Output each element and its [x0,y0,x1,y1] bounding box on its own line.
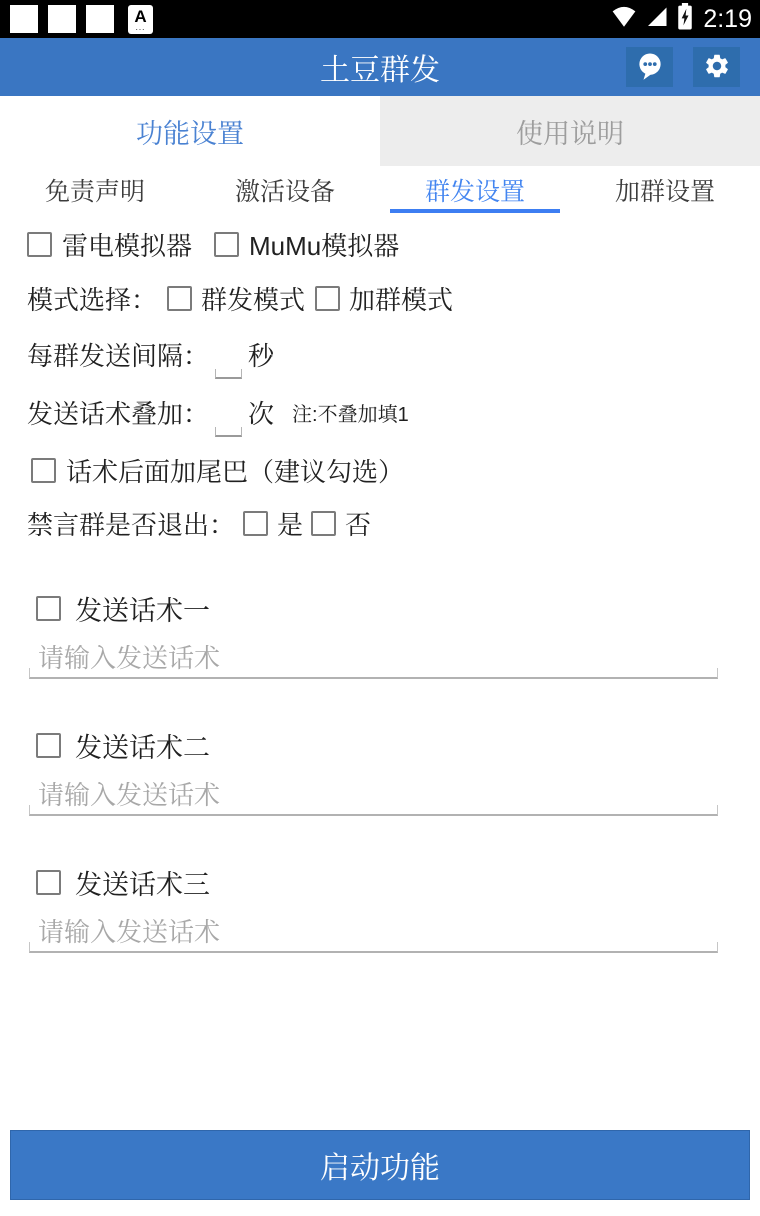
cellular-signal-icon [645,5,670,34]
tail-row: 话术后面加尾巴（建议勾选） [27,452,760,489]
script-1-input[interactable] [29,645,718,681]
join-group-mode-checkbox[interactable] [315,286,340,311]
gear-icon [703,52,731,83]
muted-group-row: 禁言群是否退出： 是 否 [27,505,760,542]
send-interval-row: 每群发送间隔： 秒 [27,336,760,373]
script-2-header: 发送话术二 [27,726,760,765]
join-group-mode-label: 加群模式 [349,280,453,317]
leidian-emulator-checkbox[interactable] [27,232,52,257]
send-interval-label: 每群发送间隔： [27,336,209,373]
script-1-label: 发送话术一 [75,589,210,628]
send-interval-field-wrap [215,345,242,379]
tail-label: 话术后面加尾巴（建议勾选） [66,452,404,489]
muted-exit-yes-checkbox[interactable] [243,511,268,536]
notification-placeholder-icon [48,5,76,33]
chat-bubble-icon [635,51,665,84]
settings-panel: 雷电模拟器 MuMu模拟器 模式选择： 群发模式 加群模式 每群发送间隔： 秒 … [0,226,760,953]
script-2-input[interactable] [29,782,718,818]
script-stack-note: 注:不叠加填1 [292,398,409,427]
status-bar-right: 2:19 [610,3,752,35]
app-screen: A ... 2:19 土豆群发 [0,0,760,1216]
mumu-emulator-label: MuMu模拟器 [249,226,399,263]
script-stack-label: 发送话术叠加： [27,394,209,431]
script-2-field-wrap [29,780,718,816]
muted-exit-yes-label: 是 [277,505,303,542]
script-3-header: 发送话术三 [27,863,760,902]
script-stack-unit: 次 [248,394,274,431]
mode-select-row: 模式选择： 群发模式 加群模式 [27,280,760,317]
sub-tab-bar: 免责声明 激活设备 群发设置 加群设置 [0,166,760,213]
battery-charging-icon [677,3,693,35]
tab-function-settings[interactable]: 功能设置 [0,96,380,166]
mass-send-mode-checkbox[interactable] [167,286,192,311]
mode-select-label: 模式选择： [27,280,157,317]
muted-exit-no-checkbox[interactable] [311,511,336,536]
notification-placeholder-icon [86,5,114,33]
settings-button[interactable] [693,47,740,87]
wifi-icon [610,4,638,34]
notification-placeholder-icon [10,5,38,33]
send-interval-input[interactable] [215,345,242,379]
script-1-field-wrap [29,643,718,679]
script-section-1: 发送话术一 [27,589,760,679]
script-1-checkbox[interactable] [36,596,61,621]
muted-group-label: 禁言群是否退出： [27,505,235,542]
script-2-label: 发送话术二 [75,726,210,765]
mumu-emulator-checkbox[interactable] [214,232,239,257]
subtab-activate-device[interactable]: 激活设备 [190,166,380,213]
leidian-emulator-label: 雷电模拟器 [62,226,192,263]
main-tab-bar: 功能设置 使用说明 [0,96,760,166]
script-3-field-wrap [29,917,718,953]
script-section-3: 发送话术三 [27,863,760,953]
page-title: 土豆群发 [320,45,440,89]
subtab-mass-send-settings[interactable]: 群发设置 [380,166,570,213]
ime-dots: ... [136,25,146,30]
mass-send-mode-label: 群发模式 [201,280,305,317]
script-1-header: 发送话术一 [27,589,760,628]
app-header: 土豆群发 [0,38,760,96]
emulator-row: 雷电模拟器 MuMu模拟器 [27,226,760,263]
script-3-input[interactable] [29,919,718,955]
chat-button[interactable] [626,47,673,87]
clock-time: 2:19 [703,5,752,34]
script-stack-input[interactable] [215,403,242,437]
script-stack-row: 发送话术叠加： 次 注:不叠加填1 [27,394,760,431]
muted-exit-no-label: 否 [345,505,371,542]
script-3-label: 发送话术三 [75,863,210,902]
script-section-2: 发送话术二 [27,726,760,816]
script-3-checkbox[interactable] [36,870,61,895]
tab-usage-instructions[interactable]: 使用说明 [380,96,760,166]
script-2-checkbox[interactable] [36,733,61,758]
start-function-button[interactable]: 启动功能 [10,1130,750,1200]
status-bar: A ... 2:19 [0,0,760,38]
tail-checkbox[interactable] [31,458,56,483]
header-actions [626,47,740,87]
script-stack-field-wrap [215,403,242,437]
subtab-disclaimer[interactable]: 免责声明 [0,166,190,213]
input-method-icon: A ... [128,5,153,34]
send-interval-unit: 秒 [248,336,274,373]
subtab-join-group-settings[interactable]: 加群设置 [570,166,760,213]
